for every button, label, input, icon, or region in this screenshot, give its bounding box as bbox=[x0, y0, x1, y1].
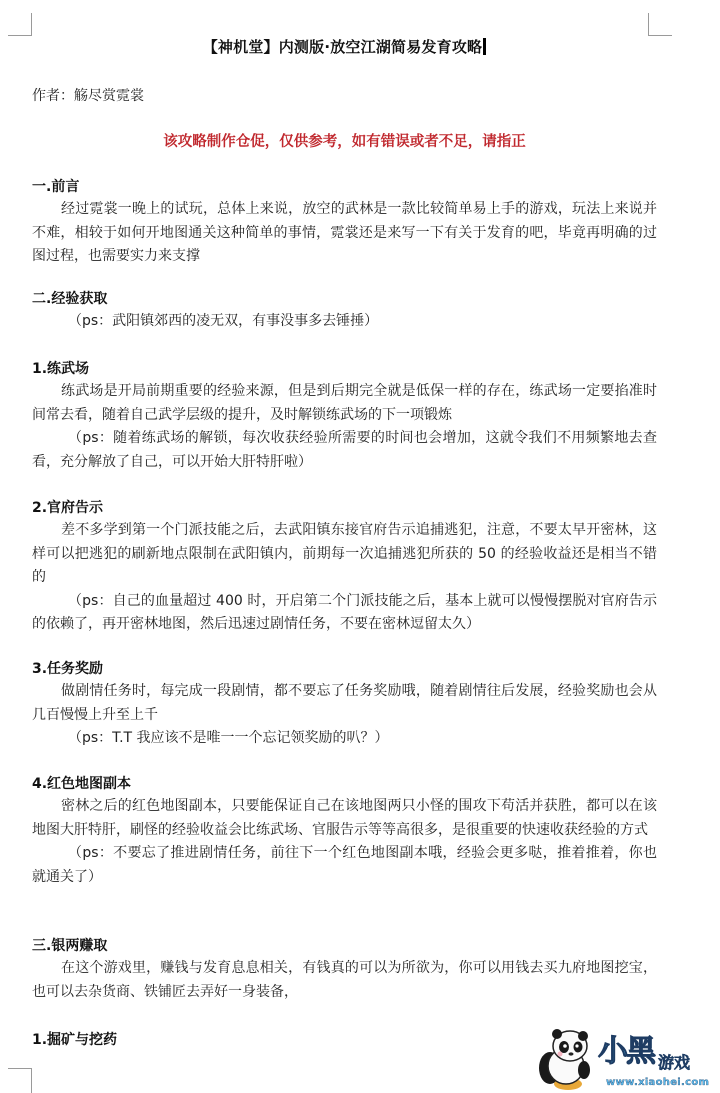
subsection-government-notice: 2.官府告示 差不多学到第一个门派技能之后，去武阳镇东接官府告示追捕逃犯，注意，… bbox=[32, 497, 657, 637]
section-heading: 二.经验获取 bbox=[32, 288, 657, 310]
page-corner-mark-top-right bbox=[648, 13, 672, 36]
watermark-url: www.xiaohei.com bbox=[606, 1077, 709, 1088]
subsection-heading: 1.练武场 bbox=[32, 358, 657, 380]
subsection-training-ground: 1.练武场 练武场是开局前期重要的经验来源，但是到后期完全就是低保一样的存在，练… bbox=[32, 358, 657, 474]
ps-note: （ps：T.T 我应该不是唯一一个忘记领奖励的叭？） bbox=[32, 727, 657, 751]
watermark-brand-suffix: 游戏 bbox=[658, 1050, 690, 1073]
paragraph: 密林之后的红色地图副本，只要能保证自己在该地图两只小怪的围攻下苟活并获胜，都可以… bbox=[32, 795, 657, 842]
section-preface: 一.前言 经过霓裳一晚上的试玩，总体上来说，放空的武林是一款比较简单易上手的游戏… bbox=[32, 176, 657, 269]
subsection-heading: 4.红色地图副本 bbox=[32, 773, 657, 795]
document-title-text: 【神机堂】内测版·放空江湖简易发育攻略 bbox=[203, 38, 483, 56]
section-silver-earning: 三.银两赚取 在这个游戏里，赚钱与发育息息相关，有钱真的可以为所欲为，你可以用钱… bbox=[32, 935, 657, 1004]
subsection-heading: 3.任务奖励 bbox=[32, 658, 657, 680]
subsection-heading: 2.官府告示 bbox=[32, 497, 657, 519]
document-title: 【神机堂】内测版·放空江湖简易发育攻略 bbox=[32, 36, 657, 57]
paragraph: 练武场是开局前期重要的经验来源，但是到后期完全就是低保一样的存在，练武场一定要掐… bbox=[32, 380, 657, 427]
author-line: 作者：觞尽赏霓裳 bbox=[32, 85, 144, 105]
ps-note: （ps：随着练武场的解锁，每次收获经验所需要的时间也会增加，这就令我们不用频繁地… bbox=[32, 427, 657, 474]
site-watermark: 小黑 游戏 www.xiaohei.com bbox=[528, 1020, 720, 1093]
ps-note: （ps：不要忘了推进剧情任务，前往下一个红色地图副本哦，经验会更多哒，推着推着，… bbox=[32, 842, 657, 889]
document-page: 【神机堂】内测版·放空江湖简易发育攻略 作者：觞尽赏霓裳 该攻略制作仓促，仅供参… bbox=[0, 0, 720, 1093]
section-heading: 一.前言 bbox=[32, 176, 657, 198]
ps-note: （ps：武阳镇郊西的凌无双，有事没事多去锤捶） bbox=[32, 310, 657, 334]
paragraph: 差不多学到第一个门派技能之后，去武阳镇东接官府告示追捕逃犯，注意，不要太早开密林… bbox=[32, 519, 657, 590]
paragraph: 在这个游戏里，赚钱与发育息息相关，有钱真的可以为所欲为，你可以用钱去买九府地图挖… bbox=[32, 957, 657, 1004]
page-corner-mark-bottom-left bbox=[8, 1068, 32, 1093]
watermark-brand: 小黑 bbox=[598, 1026, 654, 1070]
subsection-red-map-dungeon: 4.红色地图副本 密林之后的红色地图副本，只要能保证自己在该地图两只小怪的围攻下… bbox=[32, 773, 657, 889]
ps-note: （ps：自己的血量超过 400 时，开启第二个门派技能之后，基本上就可以慢慢摆脱… bbox=[32, 590, 657, 637]
panda-icon bbox=[536, 1026, 594, 1090]
section-exp-gain: 二.经验获取 （ps：武阳镇郊西的凌无双，有事没事多去锤捶） bbox=[32, 288, 657, 334]
text-cursor bbox=[483, 38, 486, 55]
section-heading: 三.银两赚取 bbox=[32, 935, 657, 957]
paragraph: 做剧情任务时，每完成一段剧情，都不要忘了任务奖励哦，随着剧情往后发展，经验奖励也… bbox=[32, 680, 657, 727]
paragraph: 经过霓裳一晚上的试玩，总体上来说，放空的武林是一款比较简单易上手的游戏，玩法上来… bbox=[32, 198, 657, 269]
subsection-quest-rewards: 3.任务奖励 做剧情任务时，每完成一段剧情，都不要忘了任务奖励哦，随着剧情往后发… bbox=[32, 658, 657, 751]
page-corner-mark-top-left bbox=[8, 13, 32, 36]
disclaimer-notice: 该攻略制作仓促，仅供参考，如有错误或者不足，请指正 bbox=[32, 130, 657, 151]
